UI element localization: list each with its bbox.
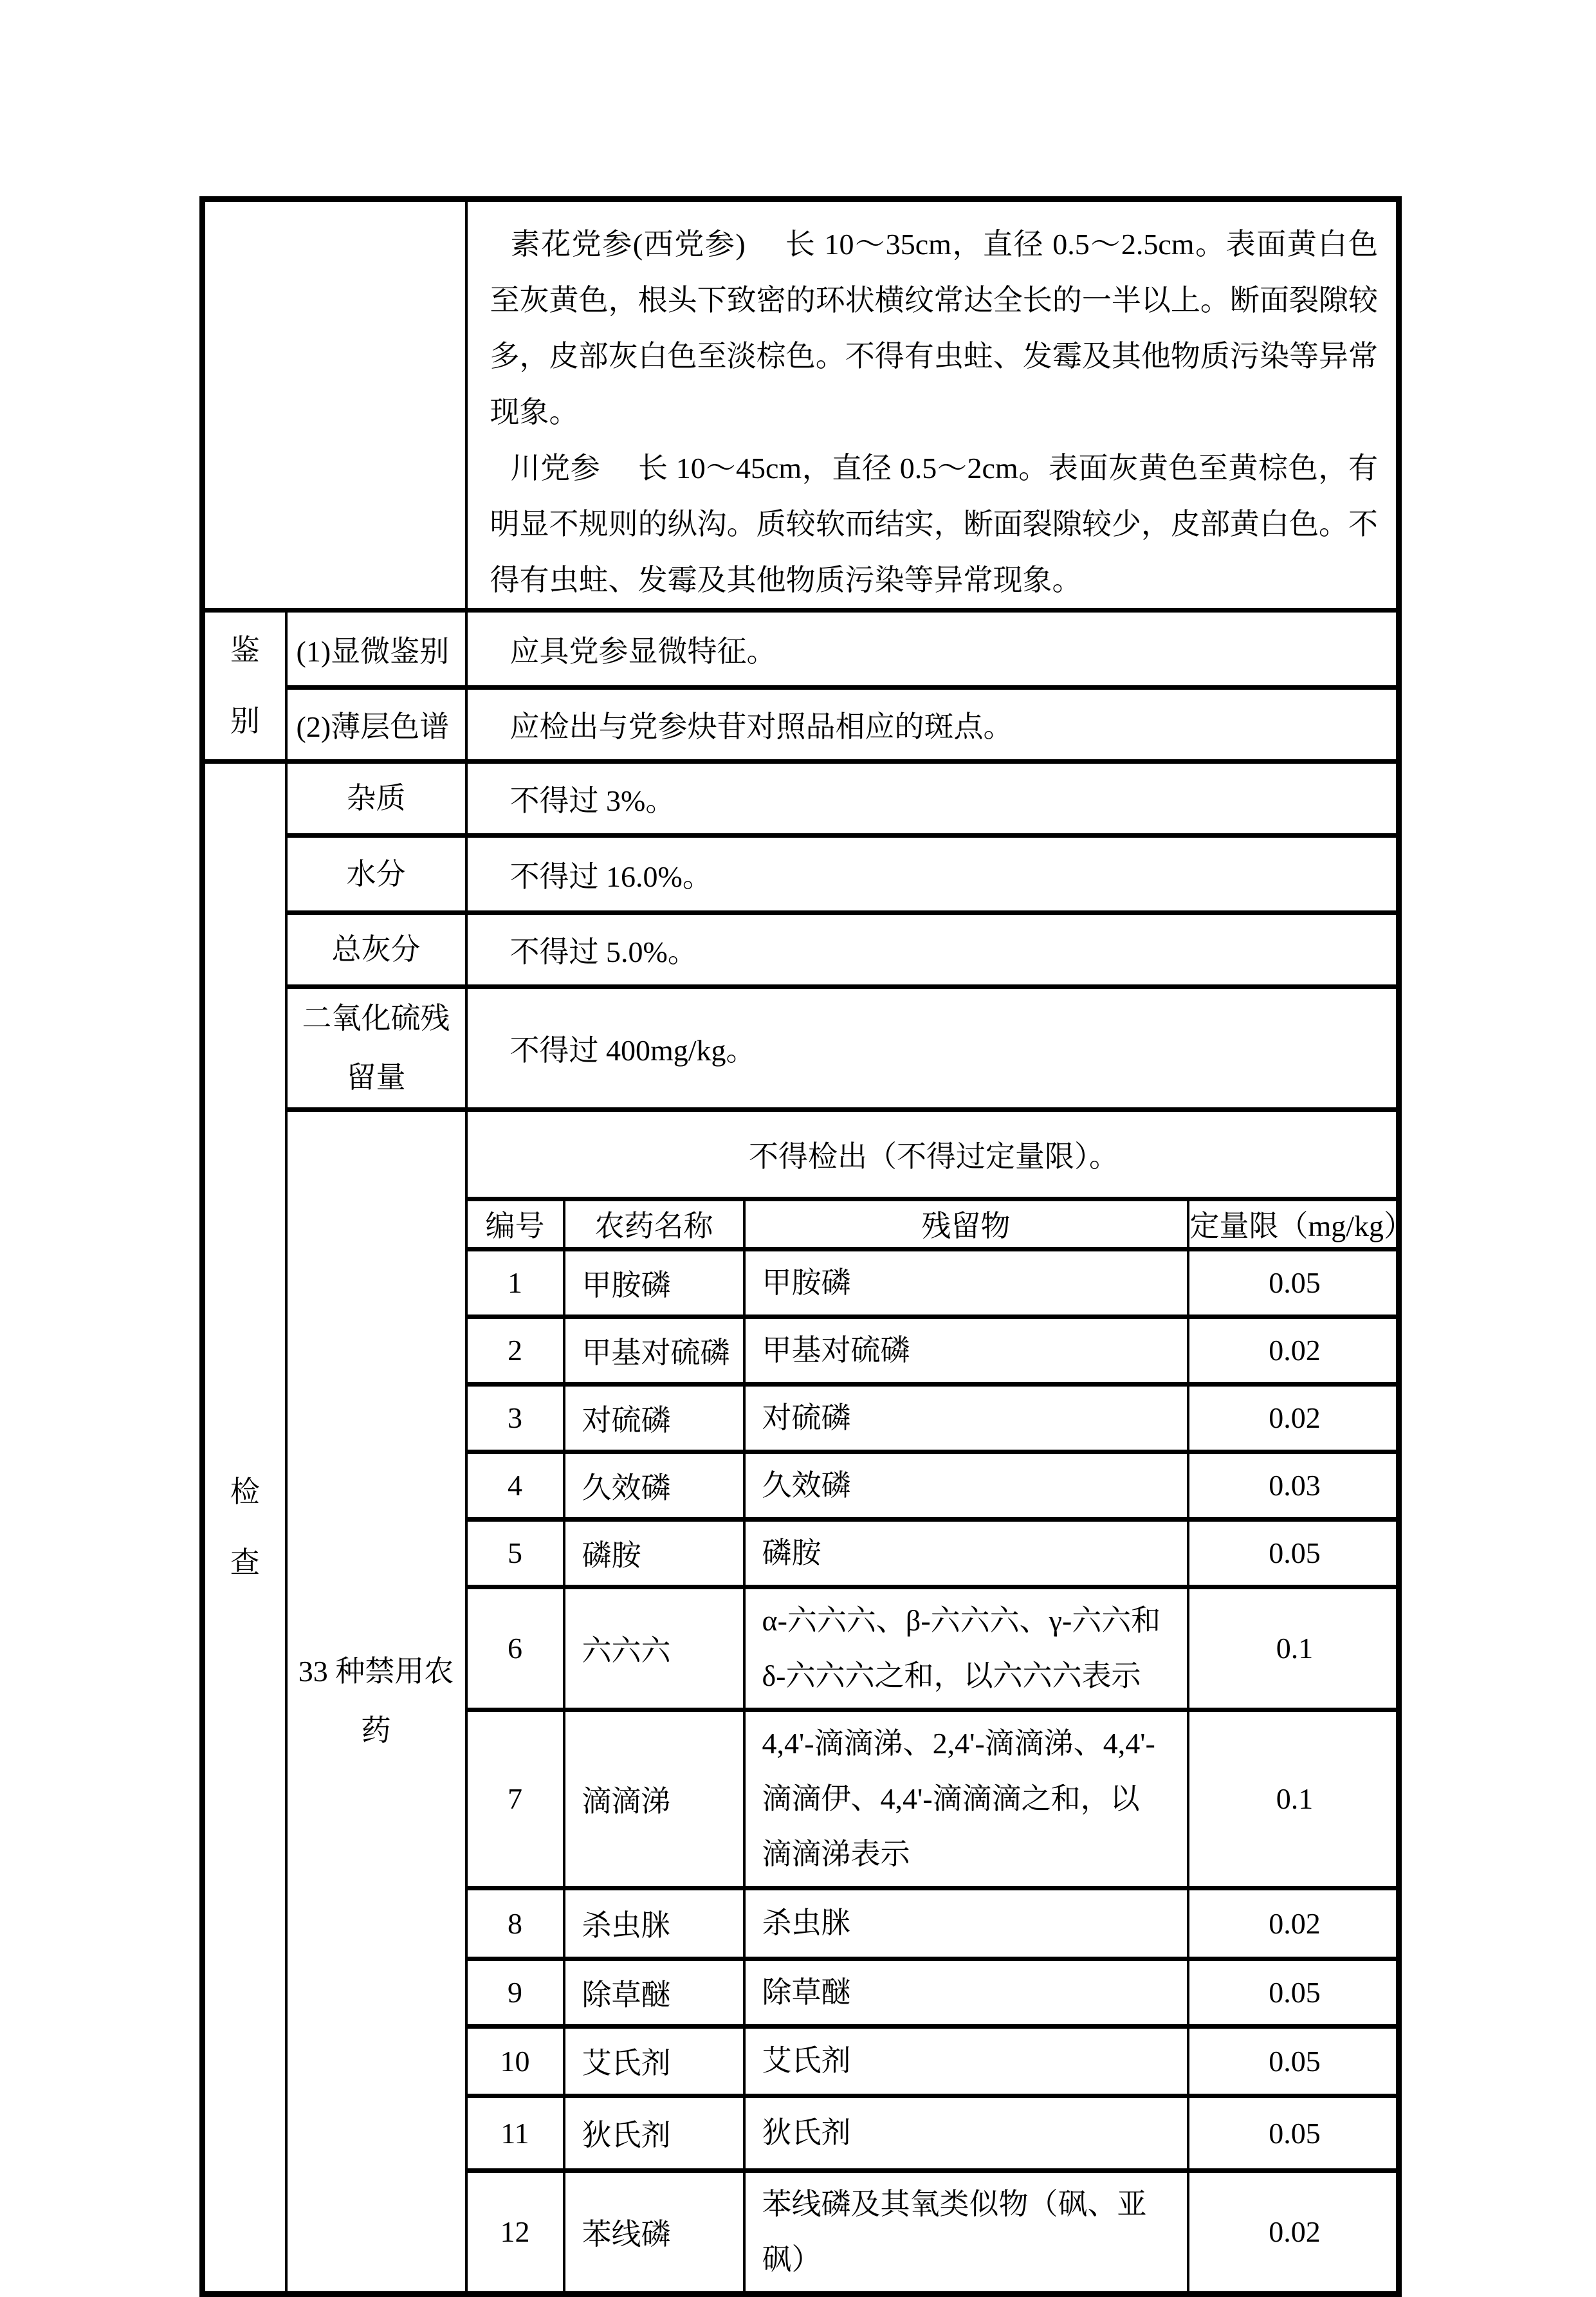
col-header-name: 农药名称 bbox=[564, 1199, 744, 1249]
jiancha-item-name: 总灰分 bbox=[286, 913, 466, 987]
spec-table: 素花党参(西党参) 长 10～35cm，直径 0.5～2.5cm。表面黄白色至灰… bbox=[199, 196, 1402, 2297]
section-label-jianbie: 鉴别 bbox=[203, 611, 286, 762]
pesticide-name: 艾氏剂 bbox=[564, 2026, 744, 2096]
pesticide-row: 6 六六六 α-六六六、β-六六六、γ-六六和δ-六六六之和，以六六六表示 0.… bbox=[468, 1587, 1399, 1710]
pesticide-row: 12 苯线磷 苯线磷及其氧类似物（砜、亚砜） 0.02 bbox=[468, 2170, 1399, 2291]
pesticide-section-row: 33 种禁用农药 不得检出（不得过定量限）。 bbox=[203, 1110, 1399, 2294]
pesticide-name: 狄氏剂 bbox=[564, 2096, 744, 2170]
pesticide-table-cell: 不得检出（不得过定量限）。 编号 农药名称 残留物 定量限（mg/kg） 1 甲… bbox=[466, 1110, 1399, 2294]
col-header-id: 编号 bbox=[468, 1199, 564, 1249]
pesticide-residue: 甲基对硫磷 bbox=[744, 1316, 1188, 1384]
pesticide-residue: 对硫磷 bbox=[744, 1384, 1188, 1452]
pesticide-name: 苯线磷 bbox=[564, 2170, 744, 2291]
pesticide-row: 11 狄氏剂 狄氏剂 0.05 bbox=[468, 2096, 1399, 2170]
section-label-jiancha: 检查 bbox=[203, 762, 286, 2294]
jiancha-row-zonghuifen: 总灰分 不得过 5.0%。 bbox=[203, 913, 1399, 987]
pesticide-row: 7 滴滴涕 4,4'-滴滴涕、2,4'-滴滴涕、4,4'-滴滴伊、4,4'-滴滴… bbox=[468, 1710, 1399, 1888]
pesticide-row: 1 甲胺磷 甲胺磷 0.05 bbox=[468, 1249, 1399, 1316]
pesticide-name: 磷胺 bbox=[564, 1519, 744, 1587]
pesticide-name: 甲基对硫磷 bbox=[564, 1316, 744, 1384]
pesticide-name: 对硫磷 bbox=[564, 1384, 744, 1452]
pesticide-banner-row: 不得检出（不得过定量限）。 bbox=[468, 1112, 1399, 1199]
col-header-residue: 残留物 bbox=[744, 1199, 1188, 1249]
pesticide-id: 11 bbox=[468, 2096, 564, 2170]
jianbie-item-value: 应检出与党参炔苷对照品相应的斑点。 bbox=[466, 688, 1399, 762]
pesticide-residue: 4,4'-滴滴涕、2,4'-滴滴涕、4,4'-滴滴伊、4,4'-滴滴滴之和，以滴… bbox=[744, 1710, 1188, 1888]
pesticide-id: 3 bbox=[468, 1384, 564, 1452]
jiancha-item-value: 不得过 3%。 bbox=[466, 762, 1399, 836]
paragraph-suhua-dangshen: 素花党参(西党参) 长 10～35cm，直径 0.5～2.5cm。表面黄白色至灰… bbox=[490, 216, 1379, 440]
pesticide-limit: 0.02 bbox=[1188, 1888, 1399, 1959]
pesticide-limit: 0.02 bbox=[1188, 1316, 1399, 1384]
pesticide-limit: 0.03 bbox=[1188, 1452, 1399, 1519]
pesticide-limit: 0.1 bbox=[1188, 1587, 1399, 1710]
pesticide-residue: 狄氏剂 bbox=[744, 2096, 1188, 2170]
pesticide-id: 7 bbox=[468, 1710, 564, 1888]
pesticide-id: 9 bbox=[468, 1959, 564, 2026]
pesticide-limit: 0.1 bbox=[1188, 1710, 1399, 1888]
pesticide-id: 5 bbox=[468, 1519, 564, 1587]
jianbie-item-value: 应具党参显微特征。 bbox=[466, 611, 1399, 688]
jianbie-row-1: 鉴别 (1)显微鉴别 应具党参显微特征。 bbox=[203, 611, 1399, 688]
jiancha-item-value: 不得过 16.0%。 bbox=[466, 836, 1399, 913]
jiancha-row-zazhi: 检查 杂质 不得过 3%。 bbox=[203, 762, 1399, 836]
pesticide-limit: 0.05 bbox=[1188, 2026, 1399, 2096]
pesticide-name: 杀虫脒 bbox=[564, 1888, 744, 1959]
pesticide-name: 久效磷 bbox=[564, 1452, 744, 1519]
pesticide-row: 9 除草醚 除草醚 0.05 bbox=[468, 1959, 1399, 2026]
pesticide-id: 10 bbox=[468, 2026, 564, 2096]
jiancha-item-value: 不得过 5.0%。 bbox=[466, 913, 1399, 987]
pesticide-residue: 杀虫脒 bbox=[744, 1888, 1188, 1959]
pesticide-section-label: 33 种禁用农药 bbox=[286, 1110, 466, 2294]
pesticide-row: 8 杀虫脒 杀虫脒 0.02 bbox=[468, 1888, 1399, 1959]
pesticide-residue: 苯线磷及其氧类似物（砜、亚砜） bbox=[744, 2170, 1188, 2291]
description-cell: 素花党参(西党参) 长 10～35cm，直径 0.5～2.5cm。表面黄白色至灰… bbox=[466, 199, 1399, 611]
pesticide-row: 10 艾氏剂 艾氏剂 0.05 bbox=[468, 2026, 1399, 2096]
pesticide-limit: 0.05 bbox=[1188, 1519, 1399, 1587]
pesticide-residue: 除草醚 bbox=[744, 1959, 1188, 2026]
pesticide-row: 4 久效磷 久效磷 0.03 bbox=[468, 1452, 1399, 1519]
paragraph-chuan-dangshen: 川党参 长 10～45cm，直径 0.5～2cm。表面灰黄色至黄棕色，有明显不规… bbox=[490, 440, 1379, 608]
pesticide-residue: 艾氏剂 bbox=[744, 2026, 1188, 2096]
jiancha-item-value: 不得过 400mg/kg。 bbox=[466, 987, 1399, 1110]
jiancha-row-shuifen: 水分 不得过 16.0%。 bbox=[203, 836, 1399, 913]
pesticide-id: 8 bbox=[468, 1888, 564, 1959]
jiancha-item-name: 二氧化硫残留量 bbox=[286, 987, 466, 1110]
pesticide-header-row: 编号 农药名称 残留物 定量限（mg/kg） bbox=[468, 1199, 1399, 1249]
jiancha-item-name: 杂质 bbox=[286, 762, 466, 836]
blank-cell bbox=[203, 199, 466, 611]
pesticide-name: 甲胺磷 bbox=[564, 1249, 744, 1316]
pesticide-residue: 甲胺磷 bbox=[744, 1249, 1188, 1316]
pesticide-id: 4 bbox=[468, 1452, 564, 1519]
pesticide-id: 6 bbox=[468, 1587, 564, 1710]
pesticide-id: 2 bbox=[468, 1316, 564, 1384]
pesticide-id: 12 bbox=[468, 2170, 564, 2291]
pesticide-name: 六六六 bbox=[564, 1587, 744, 1710]
pesticide-residue: α-六六六、β-六六六、γ-六六和δ-六六六之和，以六六六表示 bbox=[744, 1587, 1188, 1710]
col-header-limit: 定量限（mg/kg） bbox=[1188, 1199, 1399, 1249]
description-row: 素花党参(西党参) 长 10～35cm，直径 0.5～2.5cm。表面黄白色至灰… bbox=[203, 199, 1399, 611]
pesticide-limit: 0.02 bbox=[1188, 2170, 1399, 2291]
pesticide-residue: 久效磷 bbox=[744, 1452, 1188, 1519]
pesticide-id: 1 bbox=[468, 1249, 564, 1316]
pesticide-row: 2 甲基对硫磷 甲基对硫磷 0.02 bbox=[468, 1316, 1399, 1384]
jiancha-row-so2: 二氧化硫残留量 不得过 400mg/kg。 bbox=[203, 987, 1399, 1110]
pesticide-residue: 磷胺 bbox=[744, 1519, 1188, 1587]
pesticide-limit: 0.05 bbox=[1188, 1249, 1399, 1316]
jiancha-item-name: 水分 bbox=[286, 836, 466, 913]
pesticide-limit: 0.02 bbox=[1188, 1384, 1399, 1452]
jianbie-item-name: (1)显微鉴别 bbox=[286, 611, 466, 688]
pesticide-banner: 不得检出（不得过定量限）。 bbox=[468, 1112, 1399, 1199]
pesticide-limit: 0.05 bbox=[1188, 2096, 1399, 2170]
jianbie-item-name: (2)薄层色谱 bbox=[286, 688, 466, 762]
pesticide-name: 除草醚 bbox=[564, 1959, 744, 2026]
pesticide-limit: 0.05 bbox=[1188, 1959, 1399, 2026]
pesticide-row: 3 对硫磷 对硫磷 0.02 bbox=[468, 1384, 1399, 1452]
document-page: 素花党参(西党参) 长 10～35cm，直径 0.5～2.5cm。表面黄白色至灰… bbox=[0, 0, 1596, 2257]
pesticide-table: 不得检出（不得过定量限）。 编号 农药名称 残留物 定量限（mg/kg） 1 甲… bbox=[468, 1112, 1399, 2291]
pesticide-row: 5 磷胺 磷胺 0.05 bbox=[468, 1519, 1399, 1587]
jianbie-row-2: (2)薄层色谱 应检出与党参炔苷对照品相应的斑点。 bbox=[203, 688, 1399, 762]
pesticide-name: 滴滴涕 bbox=[564, 1710, 744, 1888]
